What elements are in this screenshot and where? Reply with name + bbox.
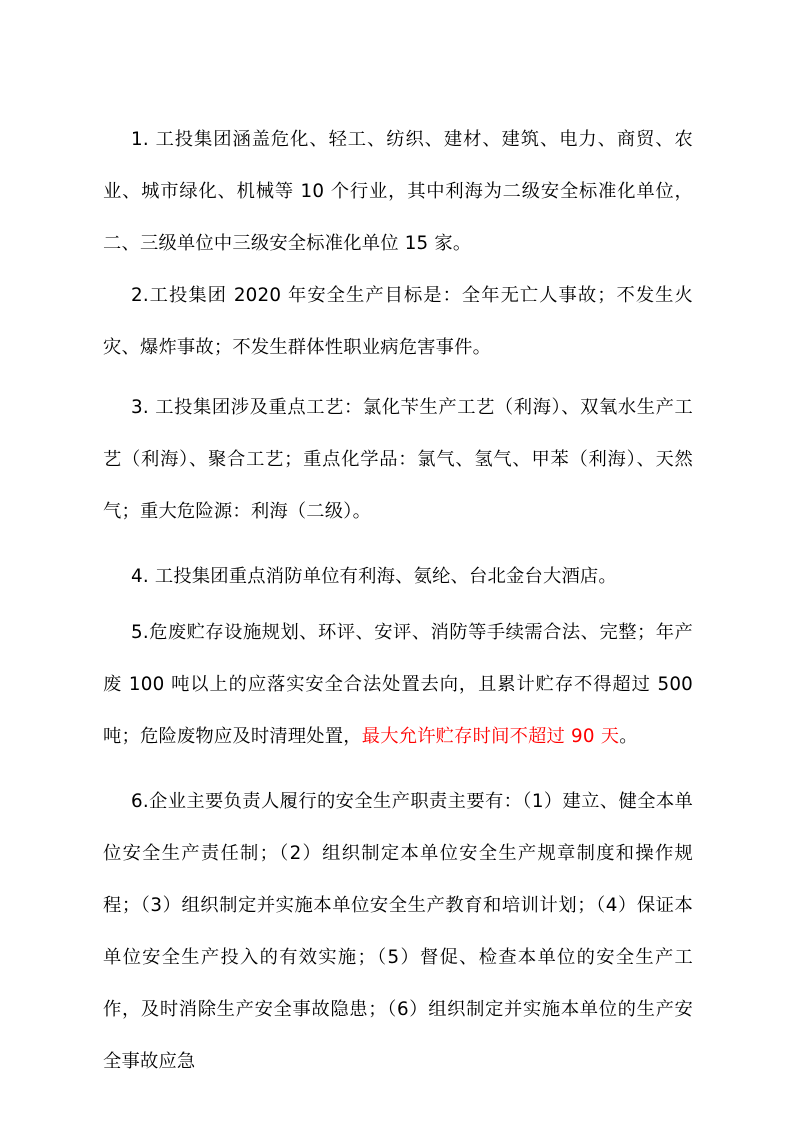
paragraph-4: 4. 工投集团重点消防单位有利海、氨纶、台北金台大酒店。 [103, 551, 693, 603]
paragraph-1: 1. 工投集团涵盖危化、轻工、纺织、建材、建筑、电力、商贸、农业、城市绿化、机械… [103, 114, 693, 270]
paragraph-3: 3. 工投集团涉及重点工艺：氯化苄生产工艺（利海）、双氧水生产工艺（利海）、聚合… [103, 382, 693, 538]
paragraph-5: 5.危废贮存设施规划、环评、安评、消防等手续需合法、完整；年产废 100 吨以上… [103, 607, 693, 763]
paragraph-4-text: 4. 工投集团重点消防单位有利海、氨纶、台北金台大酒店。 [131, 566, 617, 587]
paragraph-6: 6.企业主要负责人履行的安全生产职责主要有：（1）建立、健全本单位安全生产责任制… [103, 776, 693, 1088]
paragraph-6-text: 6.企业主要负责人履行的安全生产职责主要有：（1）建立、健全本单位安全生产责任制… [103, 791, 693, 1072]
paragraph-3-text: 3. 工投集团涉及重点工艺：氯化苄生产工艺（利海）、双氧水生产工艺（利海）、聚合… [103, 397, 693, 522]
paragraph-5-end: 。 [619, 726, 637, 747]
paragraph-2: 2.工投集团 2020 年安全生产目标是：全年无亡人事故；不发生火灾、爆炸事故；… [103, 270, 693, 374]
document-page: 1. 工投集团涵盖危化、轻工、纺织、建材、建筑、电力、商贸、农业、城市绿化、机械… [0, 0, 793, 1122]
highlighted-warning-text: 最大允许贮存时间不超过 90 天 [362, 726, 619, 747]
paragraph-2-text: 2.工投集团 2020 年安全生产目标是：全年无亡人事故；不发生火灾、爆炸事故；… [103, 285, 693, 358]
paragraph-1-text: 1. 工投集团涵盖危化、轻工、纺织、建材、建筑、电力、商贸、农业、城市绿化、机械… [103, 129, 693, 254]
